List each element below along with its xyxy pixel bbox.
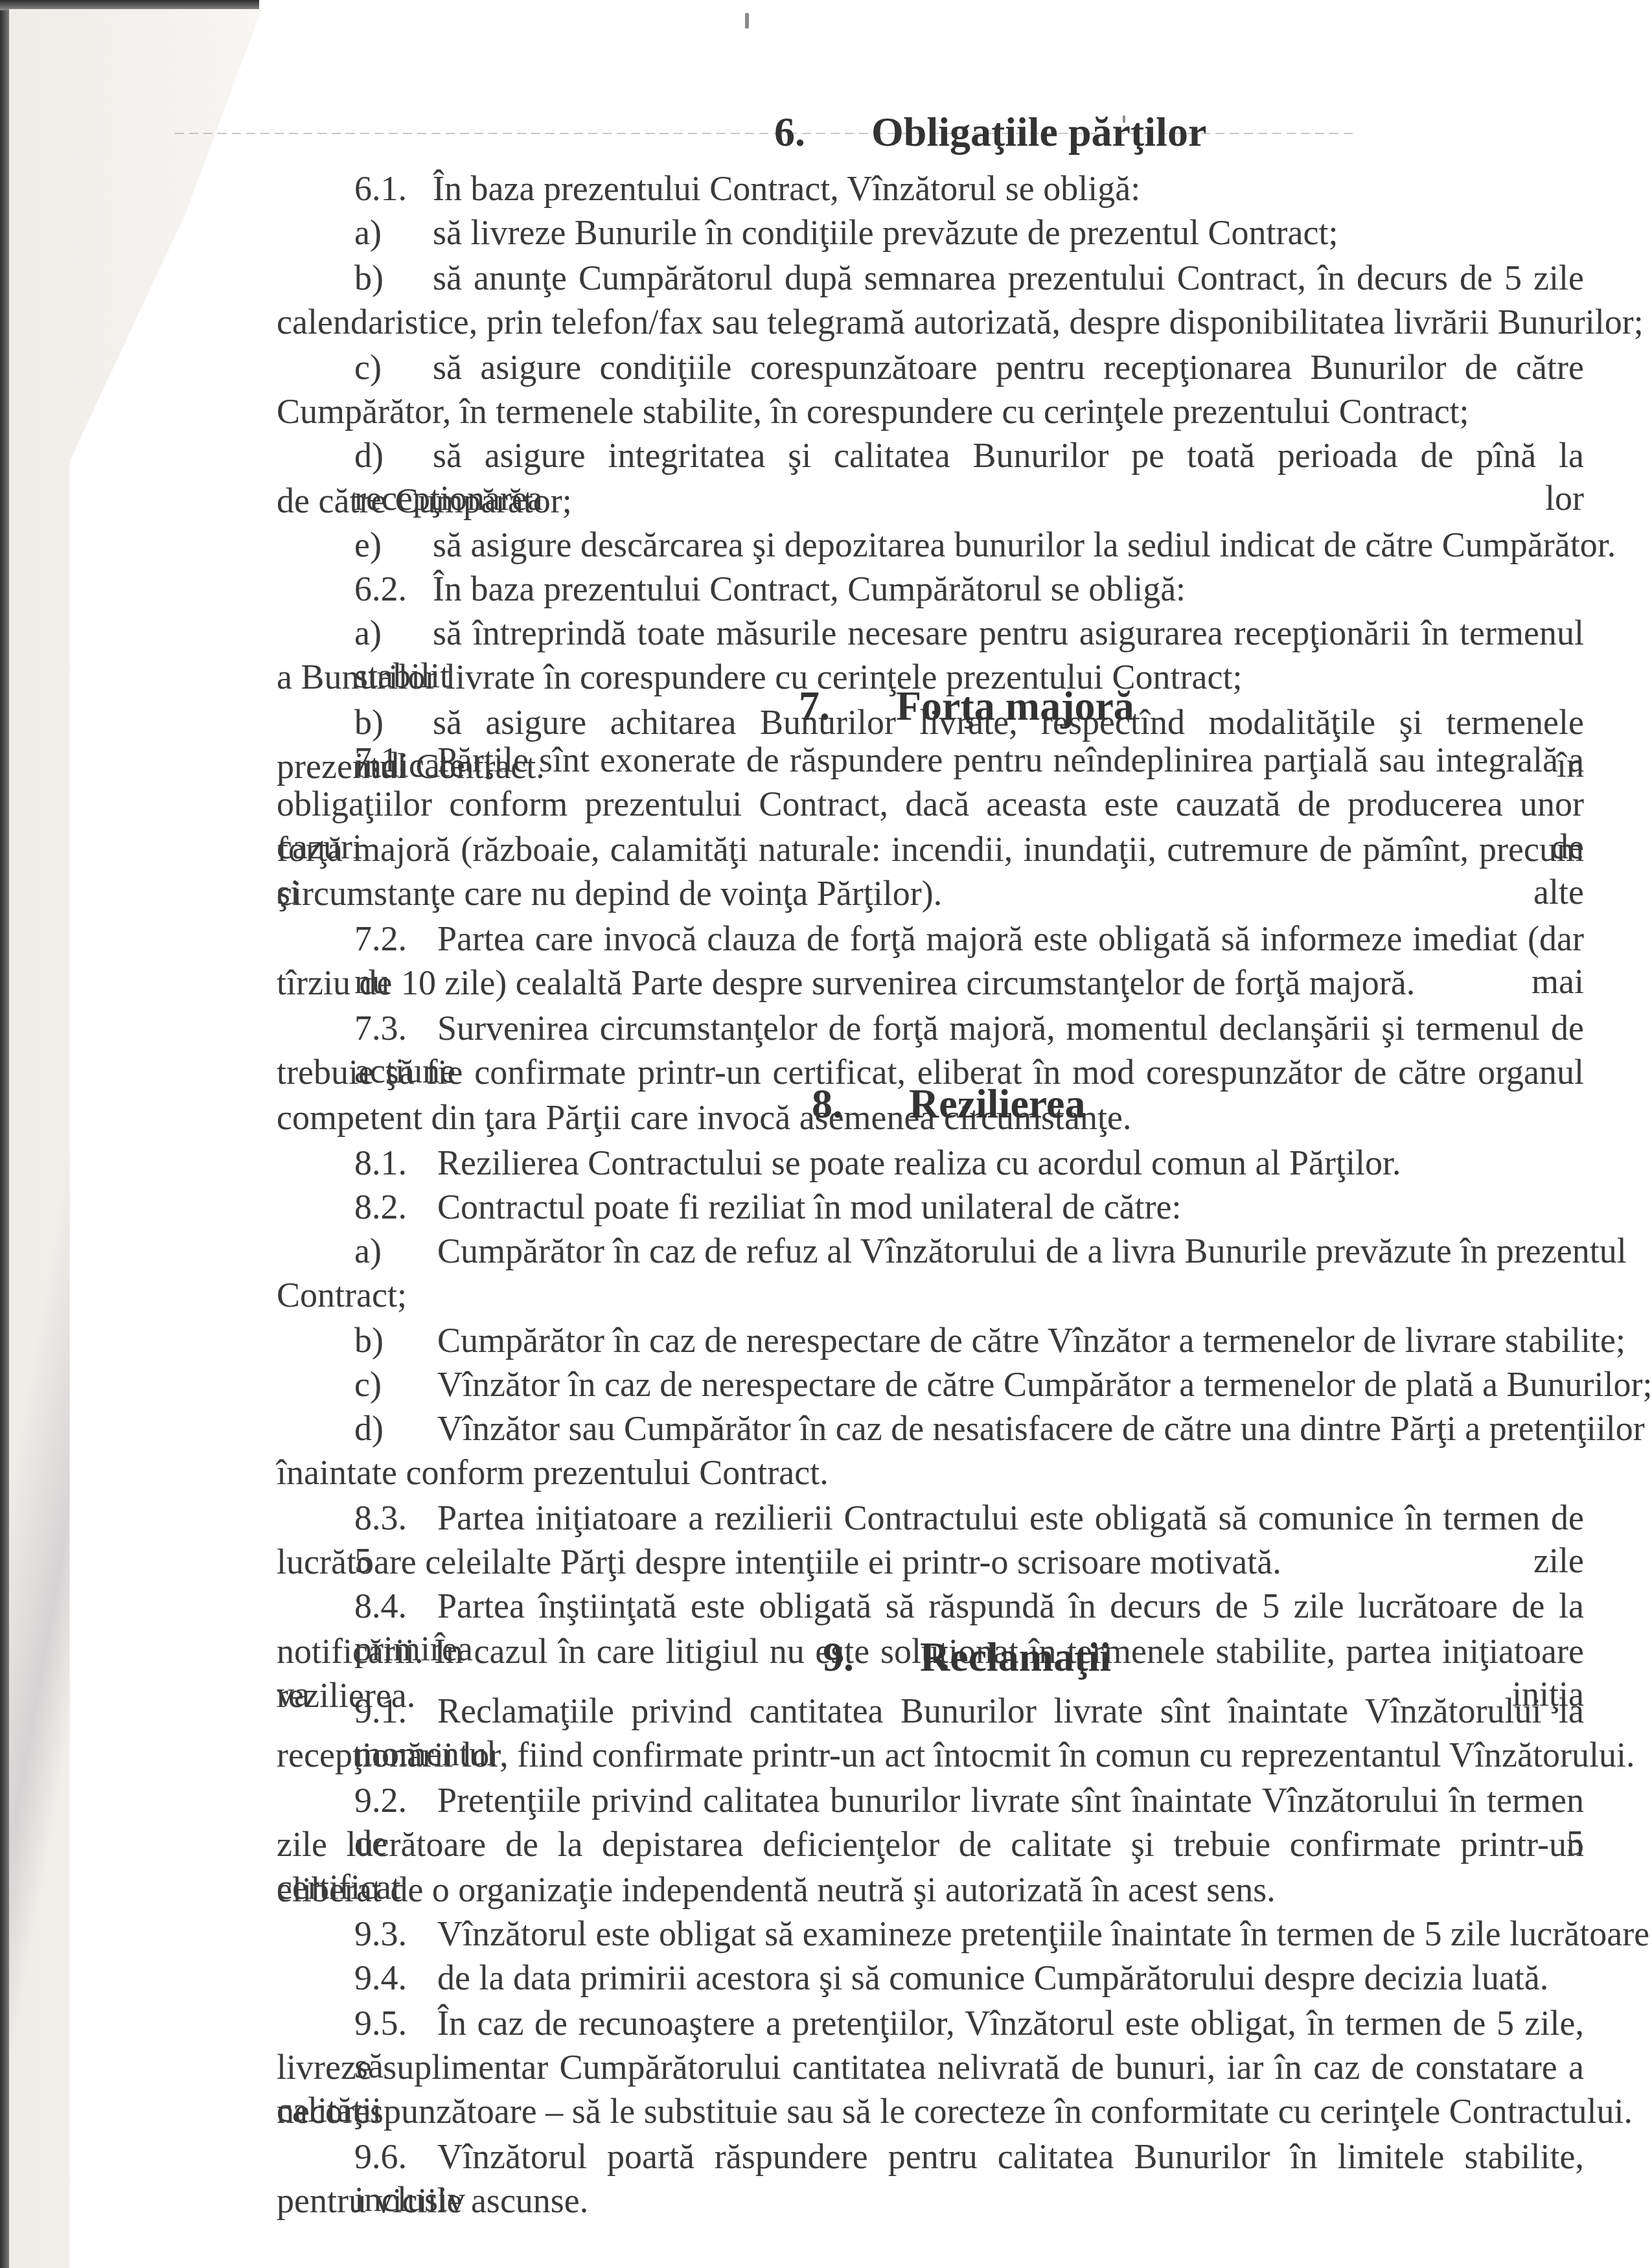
clause-6-1-a: a)să livreze Bunurile în condiţiile prev… [354, 211, 1584, 254]
clause-label: b) [354, 701, 433, 744]
clause-label: 8.1. [354, 1141, 437, 1184]
clause-8-2-a: a)Cumpărător în caz de refuz al Vînzător… [354, 1230, 1584, 1272]
section-heading-9: 9.Reclamaţii [823, 1634, 1652, 1680]
clause-6-1-b-cont: calendaristice, prin telefon/fax sau tel… [277, 301, 1584, 343]
clause-label: 6.2. [354, 567, 433, 610]
clause-text: să anunţe Cumpărătorul după semnarea pre… [433, 258, 1584, 297]
clause-6-1: 6.1.În baza prezentului Contract, Vînzăt… [354, 167, 1584, 210]
clause-text: Părţile sînt exonerate de răspundere pen… [437, 740, 1584, 779]
clause-text: În baza prezentului Contract, Vînzătorul… [433, 169, 1140, 208]
clause-text: recepţionării lor, fiind confirmate prin… [277, 1735, 1635, 1774]
clause-6-2: 6.2.În baza prezentului Contract, Cumpăr… [354, 567, 1584, 610]
clause-label: 9.5. [354, 2002, 437, 2045]
clause-label: 7.2. [354, 917, 437, 960]
clause-7-2-line-2: tîrziu de 10 zile) cealaltă Parte despre… [277, 961, 1584, 1004]
section-title: Forţa majoră [896, 683, 1134, 729]
clause-label: 9.6. [354, 2135, 437, 2178]
scan-speck [745, 13, 749, 29]
clause-9-1-line-2: recepţionării lor, fiind confirmate prin… [277, 1734, 1584, 1776]
clause-8-2: 8.2.Contractul poate fi reziliat în mod … [354, 1186, 1584, 1228]
clause-label: d) [354, 434, 433, 477]
clause-9-3: 9.3.Vînzătorul este obligat să examineze… [354, 1912, 1584, 1955]
clause-6-1-b: b)să anunţe Cumpărătorul după semnarea p… [354, 257, 1584, 299]
clause-label: d) [354, 1407, 437, 1450]
section-title: Reclamaţii [920, 1634, 1111, 1680]
clause-6-1-d-cont: de către Cumpărător; [277, 479, 1584, 522]
clause-text: Cumpărător în caz de refuz al Vînzătorul… [437, 1231, 1627, 1270]
clause-7-1: 7.1.Părţile sînt exonerate de răspundere… [354, 739, 1584, 781]
clause-label: 9.4. [354, 1956, 437, 1999]
clause-text: calendaristice, prin telefon/fax sau tel… [277, 303, 1644, 341]
clause-label: c) [354, 346, 433, 389]
clause-label: b) [354, 1319, 437, 1362]
clause-label: 9.2. [354, 1779, 437, 1822]
section-title: Obligaţiile părţilor [871, 109, 1206, 155]
clause-label: 8.2. [354, 1186, 437, 1228]
clause-text: necorespunzătoare – să le substituie sau… [277, 2092, 1633, 2131]
section-heading-7: 7.Forţa majoră [799, 683, 1652, 729]
section-heading-8: 8.Rezilierea [812, 1081, 1652, 1127]
clause-text: Cumpărător, în termenele stabilite, în c… [277, 392, 1469, 431]
clause-text: Vînzător în caz de nerespectare de către… [437, 1365, 1652, 1404]
clause-8-2-d: d)Vînzător sau Cumpărător în caz de nesa… [354, 1407, 1584, 1450]
clause-text: de la data primirii acestora şi să comun… [437, 1958, 1548, 1997]
clause-8-2-d-cont: înaintate conform prezentului Contract. [277, 1451, 1584, 1494]
clause-label: 7.1. [354, 739, 437, 781]
page-fold-edge [9, 9, 262, 2268]
clause-label: a) [354, 612, 433, 654]
clause-8-2-b: b)Cumpărător în caz de nerespectare de c… [354, 1319, 1584, 1362]
clause-text: Cumpărător în caz de nerespectare de căt… [437, 1321, 1625, 1360]
clause-8-2-a-cont: Contract; [277, 1274, 1584, 1316]
scan-border-left [0, 0, 9, 2268]
clause-text: Vînzător sau Cumpărător în caz de nesati… [437, 1409, 1645, 1448]
clause-text: Contractul poate fi reziliat în mod unil… [437, 1187, 1182, 1226]
clause-text: să asigure descărcarea şi depozitarea bu… [433, 525, 1616, 564]
clause-label: 6.1. [354, 167, 433, 210]
clause-text: În baza prezentului Contract, Cumpărător… [433, 569, 1186, 608]
clause-label: a) [354, 1230, 437, 1272]
clause-label: e) [354, 523, 433, 566]
clause-text: de către Cumpărător; [277, 481, 572, 520]
clause-text: tîrziu de 10 zile) cealaltă Parte despre… [277, 963, 1415, 1002]
clause-9-4: 9.4.de la data primirii acestora şi să c… [354, 1956, 1584, 1999]
section-number: 6. [774, 109, 871, 155]
clause-label: 9.3. [354, 1912, 437, 1955]
clause-label: 9.1. [354, 1690, 437, 1732]
section-number: 8. [812, 1081, 909, 1127]
clause-8-1: 8.1.Rezilierea Contractului se poate rea… [354, 1141, 1584, 1184]
clause-6-1-c: c)să asigure condiţiile corespunzătoare … [354, 346, 1584, 389]
clause-text: pentru viciile ascunse. [277, 2181, 588, 2220]
clause-text: Vînzătorul este obligat să examineze pre… [437, 1914, 1649, 1953]
section-number: 7. [799, 683, 896, 729]
clause-text: lucrătoare celeilalte Părţi despre inten… [277, 1542, 1281, 1581]
clause-text: circumstanţe care nu depind de voinţa Pă… [277, 874, 942, 913]
clause-text: să asigure condiţiile corespunzătoare pe… [433, 348, 1584, 387]
clause-8-2-c: c)Vînzător în caz de nerespectare de căt… [354, 1363, 1584, 1406]
clause-7-1-line-4: circumstanţe care nu depind de voinţa Pă… [277, 872, 1584, 915]
clause-label: 8.4. [354, 1585, 437, 1627]
clause-text: Rezilierea Contractului se poate realiza… [437, 1143, 1401, 1182]
clause-text: să livreze Bunurile în condiţiile prevăz… [433, 213, 1338, 252]
clause-9-2-line-3: eliberat de o organizaţie independentă n… [277, 1868, 1584, 1911]
clause-text: eliberat de o organizaţie independentă n… [277, 1870, 1276, 1909]
clause-6-1-c-cont: Cumpărător, în termenele stabilite, în c… [277, 390, 1584, 433]
clause-6-1-e: e)să asigure descărcarea şi depozitarea … [354, 523, 1584, 566]
scan-border-top [0, 0, 259, 10]
clause-label: b) [354, 257, 433, 299]
clause-label: 7.3. [354, 1007, 437, 1049]
section-heading-6: 6.Obligaţiile părţilor [774, 109, 1652, 155]
clause-label: a) [354, 211, 433, 254]
clause-8-3-line-2: lucrătoare celeilalte Părţi despre inten… [277, 1541, 1584, 1583]
clause-label: 8.3. [354, 1496, 437, 1539]
clause-9-6-line-2: pentru viciile ascunse. [277, 2179, 1584, 2222]
clause-text: Contract; [277, 1276, 407, 1314]
clause-text: înaintate conform prezentului Contract. [277, 1453, 829, 1492]
section-number: 9. [823, 1634, 920, 1680]
section-title: Rezilierea [909, 1081, 1085, 1127]
clause-9-5-line-3: necorespunzătoare – să le substituie sau… [277, 2090, 1584, 2133]
clause-label: c) [354, 1363, 437, 1406]
